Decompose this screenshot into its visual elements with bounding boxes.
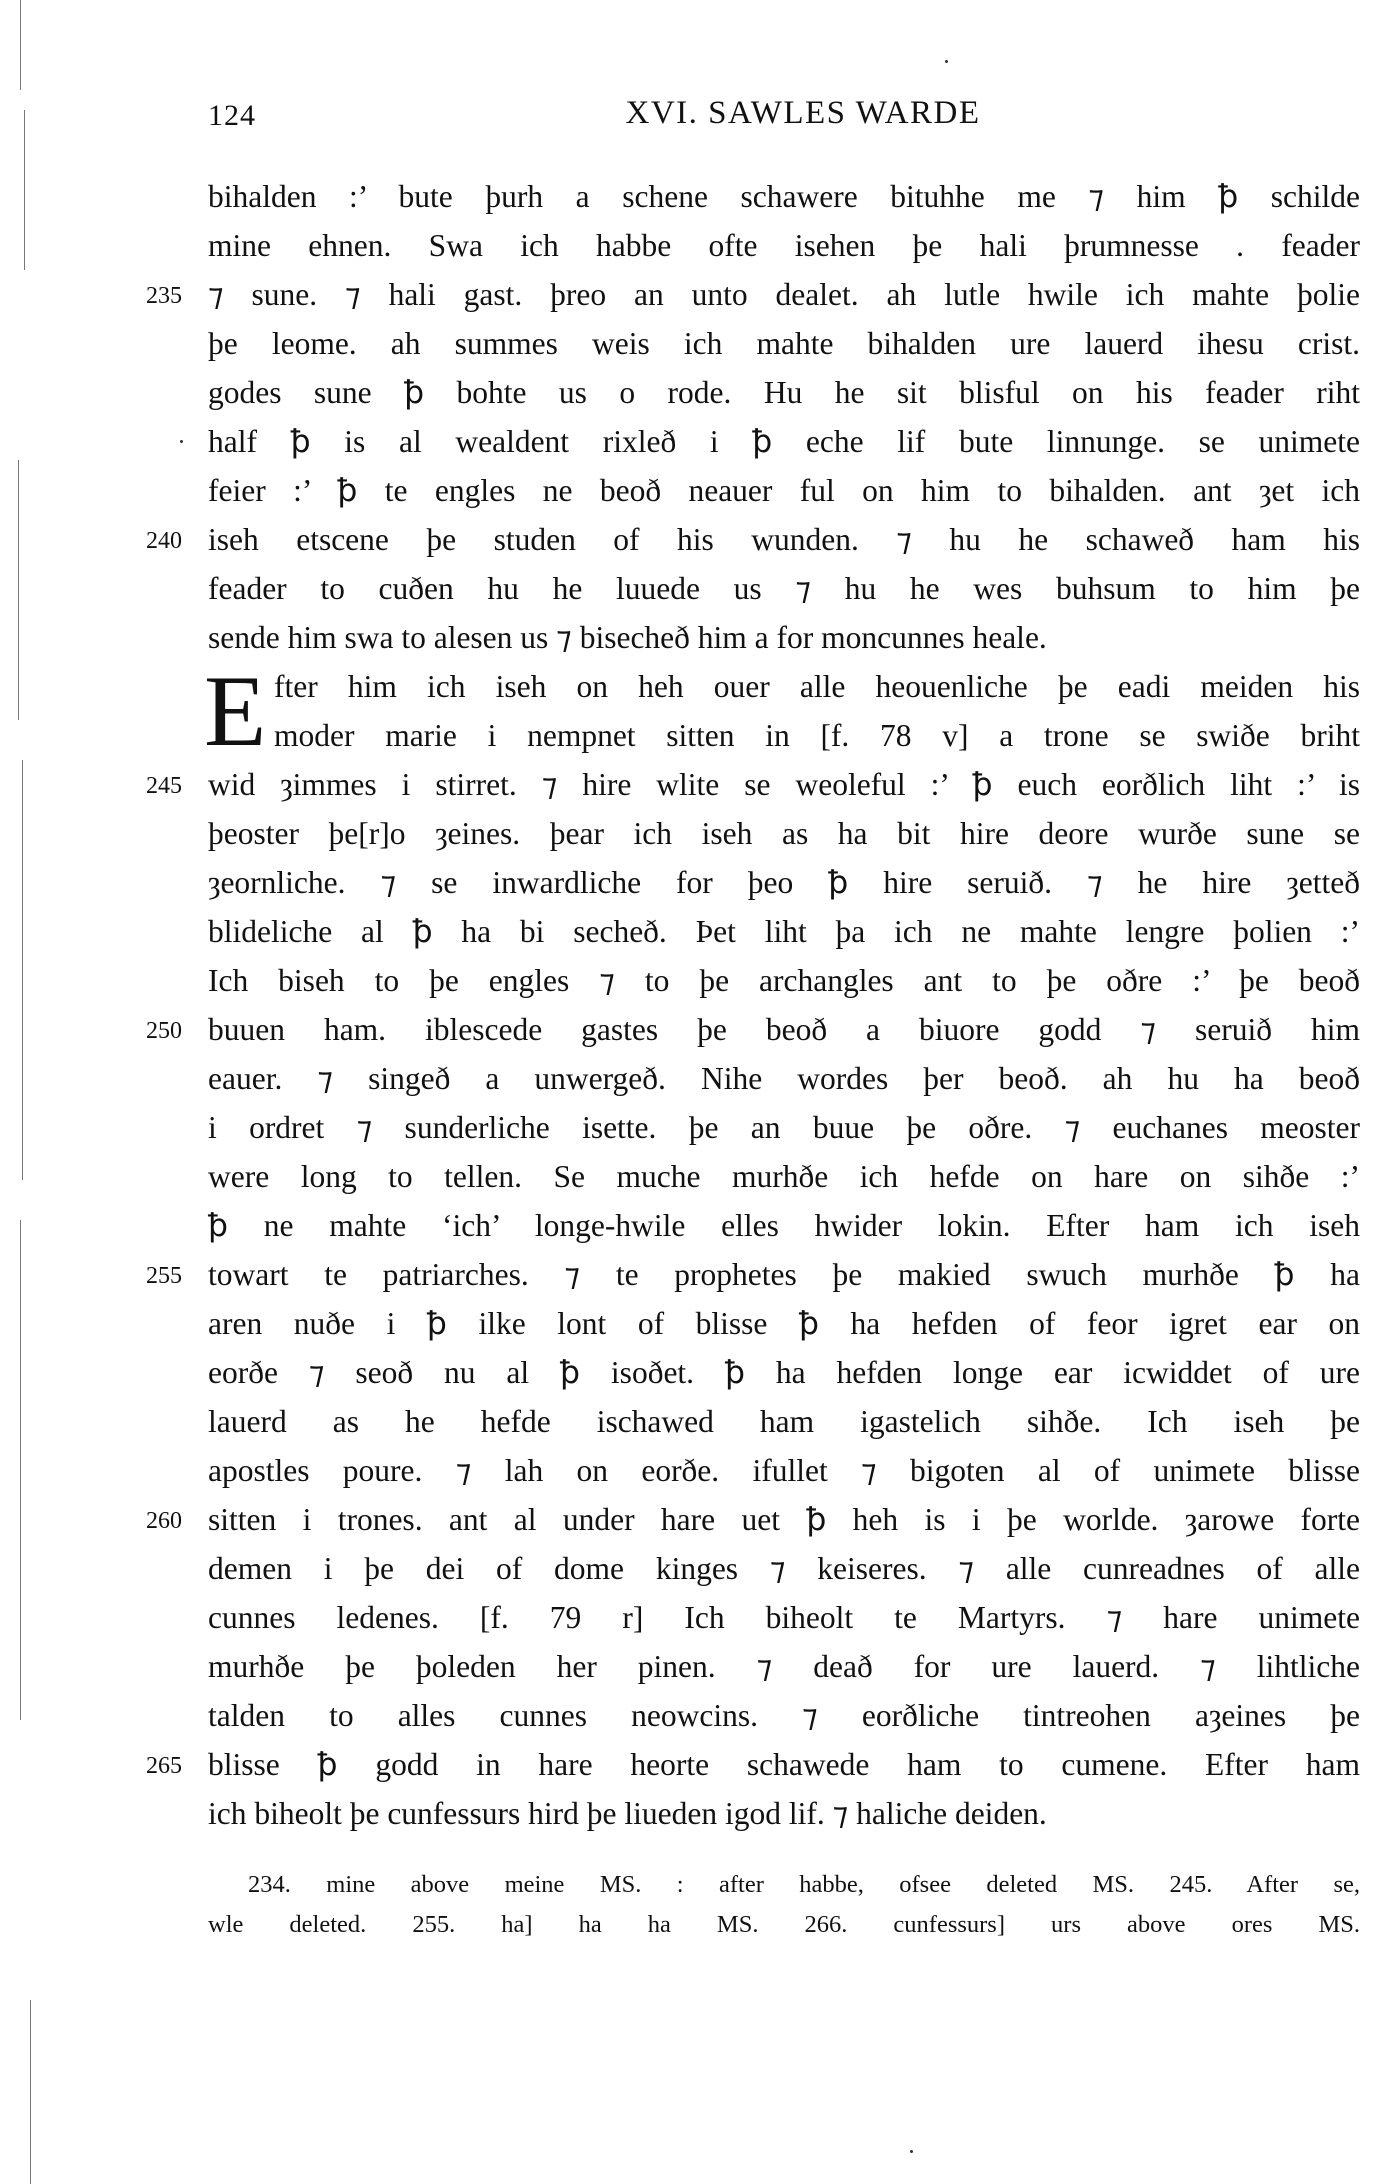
text-line: 245wid ȝimmes i stirret. ⁊ hire wlite se… (208, 760, 1360, 809)
scan-margin-rule (20, 0, 21, 90)
line-text: ich biheolt þe cunfessurs hird þe liuede… (208, 1789, 1360, 1838)
line-text: talden to alles cunnes neowcins. ⁊ eorðl… (208, 1691, 1360, 1740)
line-text: apostles poure. ⁊ lah on eorðe. ifullet … (208, 1446, 1360, 1495)
text-line: moder marie i nempnet sitten in [f. 78 v… (208, 711, 1360, 760)
line-number: 245 (146, 762, 202, 811)
footnote-line: wle deleted. 255. ha] ha ha MS. 266. cun… (208, 1905, 1360, 1945)
running-title: XVI. SAWLES WARDE (208, 95, 1358, 132)
line-text: mine ehnen. Swa ich habbe ofte isehen þe… (208, 221, 1360, 270)
text-line: cunnes ledenes. [f. 79 r] Ich biheolt te… (208, 1593, 1360, 1642)
line-number: 240 (146, 517, 202, 566)
footnote-line: 234. mine above meine MS. : after habbe,… (208, 1865, 1360, 1905)
text-line: talden to alles cunnes neowcins. ⁊ eorðl… (208, 1691, 1360, 1740)
line-text: buuen ham. iblescede gastes þe beoð a bi… (208, 1005, 1360, 1054)
line-number: 265 (146, 1742, 202, 1791)
text-line: half ꝥ is al wealdent rixleð i ꝥ eche li… (208, 417, 1360, 466)
line-text: wid ȝimmes i stirret. ⁊ hire wlite se we… (208, 760, 1360, 809)
line-number: 260 (146, 1497, 202, 1546)
line-text: feader to cuðen hu he luuede us ⁊ hu he … (208, 564, 1360, 613)
text-line: demen i þe dei of dome kinges ⁊ keiseres… (208, 1544, 1360, 1593)
textual-footnotes: 234. mine above meine MS. : after habbe,… (208, 1865, 1360, 1945)
text-line: aren nuðe i ꝥ ilke lont of blisse ꝥ ha h… (208, 1299, 1360, 1348)
line-number: 235 (146, 272, 202, 321)
text-line: þeoster þe[r]o ȝeines. þear ich iseh as … (208, 809, 1360, 858)
line-text: Ich biseh to þe engles ⁊ to þe archangle… (208, 956, 1360, 1005)
line-text: bihalden :’ bute þurh a schene schawere … (208, 172, 1360, 221)
text-line: apostles poure. ⁊ lah on eorðe. ifullet … (208, 1446, 1360, 1495)
line-text: lauerd as he hefde ischawed ham igasteli… (208, 1397, 1360, 1446)
line-text: moder marie i nempnet sitten in [f. 78 v… (208, 711, 1360, 760)
line-text: eorðe ⁊ seoð nu al ꝥ isoðet. ꝥ ha hefden… (208, 1348, 1360, 1397)
line-text: murhðe þe þoleden her pinen. ⁊ deað for … (208, 1642, 1360, 1691)
text-line: lauerd as he hefde ischawed ham igasteli… (208, 1397, 1360, 1446)
text-line: 260sitten i trones. ant al under hare ue… (208, 1495, 1360, 1544)
text-line: ȝeornliche. ⁊ se inwardliche for þeo ꝥ h… (208, 858, 1360, 907)
text-line: 235⁊ sune. ⁊ hali gast. þreo an unto dea… (208, 270, 1360, 319)
line-text: þe leome. ah summes weis ich mahte bihal… (208, 319, 1360, 368)
text-line: Ich biseh to þe engles ⁊ to þe archangle… (208, 956, 1360, 1005)
line-text: blideliche al ꝥ ha bi secheð. Þet liht þ… (208, 907, 1360, 956)
text-line: i ordret ⁊ sunderliche isette. þe an buu… (208, 1103, 1360, 1152)
text-line: ich biheolt þe cunfessurs hird þe liuede… (208, 1789, 1360, 1838)
line-text: cunnes ledenes. [f. 79 r] Ich biheolt te… (208, 1593, 1360, 1642)
line-text: aren nuðe i ꝥ ilke lont of blisse ꝥ ha h… (208, 1299, 1360, 1348)
line-text: towart te patriarches. ⁊ te prophetes þe… (208, 1250, 1360, 1299)
scan-speck (910, 2150, 913, 2153)
text-line: ꝥ ne mahte ‘ich’ longe-hwile elles hwide… (208, 1201, 1360, 1250)
line-text: iseh etscene þe studen of his wunden. ⁊ … (208, 515, 1360, 564)
text-line: feader to cuðen hu he luuede us ⁊ hu he … (208, 564, 1360, 613)
edition-text: bihalden :’ bute þurh a schene schawere … (208, 172, 1360, 1838)
text-line: fter him ich iseh on heh ouer alle heoue… (208, 662, 1360, 711)
line-text: ȝeornliche. ⁊ se inwardliche for þeo ꝥ h… (208, 858, 1360, 907)
text-line: eorðe ⁊ seoð nu al ꝥ isoðet. ꝥ ha hefden… (208, 1348, 1360, 1397)
line-text: half ꝥ is al wealdent rixleð i ꝥ eche li… (208, 417, 1360, 466)
text-line: mine ehnen. Swa ich habbe ofte isehen þe… (208, 221, 1360, 270)
text-line: 250buuen ham. iblescede gastes þe beoð a… (208, 1005, 1360, 1054)
line-text: feier :’ ꝥ te engles ne beoð neauer ful … (208, 466, 1360, 515)
text-line: 265blisse ꝥ godd in hare heorte schawede… (208, 1740, 1360, 1789)
scan-speck (180, 440, 183, 443)
scan-margin-rule (24, 110, 25, 270)
text-line: murhðe þe þoleden her pinen. ⁊ deað for … (208, 1642, 1360, 1691)
scan-speck (945, 60, 948, 63)
text-line: þe leome. ah summes weis ich mahte bihal… (208, 319, 1360, 368)
line-text: blisse ꝥ godd in hare heorte schawede ha… (208, 1740, 1360, 1789)
line-number: 250 (146, 1007, 202, 1056)
line-text: eauer. ⁊ singeð a unwergeð. Nihe wordes … (208, 1054, 1360, 1103)
text-line: bihalden :’ bute þurh a schene schawere … (208, 172, 1360, 221)
line-text: sitten i trones. ant al under hare uet ꝥ… (208, 1495, 1360, 1544)
text-line: 240iseh etscene þe studen of his wunden.… (208, 515, 1360, 564)
line-text: i ordret ⁊ sunderliche isette. þe an buu… (208, 1103, 1360, 1152)
scan-margin-rule (30, 2000, 31, 2184)
text-line: 255towart te patriarches. ⁊ te prophetes… (208, 1250, 1360, 1299)
line-text: were long to tellen. Se muche murhðe ich… (208, 1152, 1360, 1201)
text-line: sende him swa to alesen us ⁊ bisecheð hi… (208, 613, 1360, 662)
text-line: eauer. ⁊ singeð a unwergeð. Nihe wordes … (208, 1054, 1360, 1103)
text-line: blideliche al ꝥ ha bi secheð. Þet liht þ… (208, 907, 1360, 956)
text-line: godes sune ꝥ bohte us o rode. Hu he sit … (208, 368, 1360, 417)
text-line: feier :’ ꝥ te engles ne beoð neauer ful … (208, 466, 1360, 515)
scan-margin-rule (20, 1220, 21, 1720)
line-text: ꝥ ne mahte ‘ich’ longe-hwile elles hwide… (208, 1201, 1360, 1250)
line-text: ⁊ sune. ⁊ hali gast. þreo an unto dealet… (208, 270, 1360, 319)
line-number: 255 (146, 1252, 202, 1301)
line-text: demen i þe dei of dome kinges ⁊ keiseres… (208, 1544, 1360, 1593)
scan-margin-rule (22, 760, 23, 1180)
page-header: 124 XVI. SAWLES WARDE (208, 95, 1358, 135)
line-text: fter him ich iseh on heh ouer alle heoue… (208, 662, 1360, 711)
text-line: were long to tellen. Se muche murhðe ich… (208, 1152, 1360, 1201)
scan-margin-rule (18, 460, 19, 720)
line-text: sende him swa to alesen us ⁊ bisecheð hi… (208, 613, 1360, 662)
line-text: þeoster þe[r]o ȝeines. þear ich iseh as … (208, 809, 1360, 858)
line-text: godes sune ꝥ bohte us o rode. Hu he sit … (208, 368, 1360, 417)
